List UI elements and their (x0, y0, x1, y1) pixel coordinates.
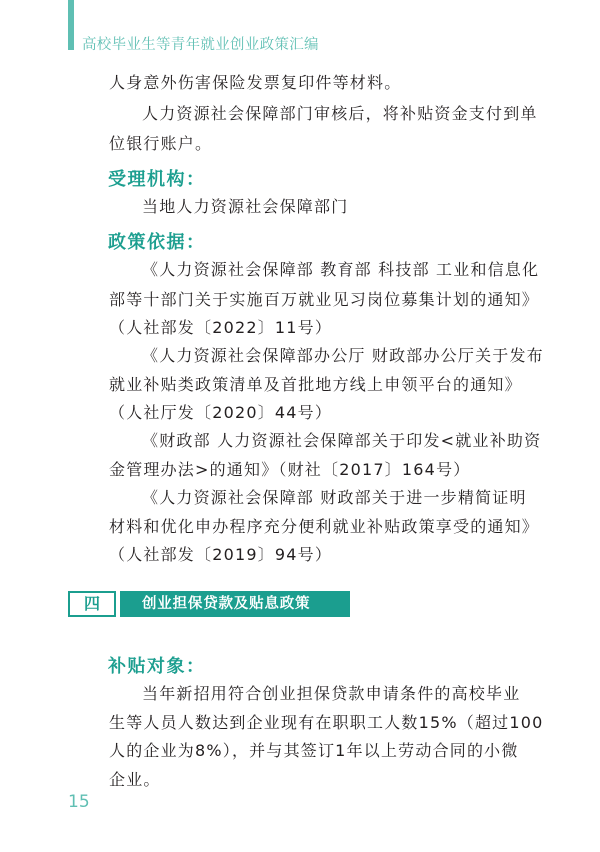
basis-line: （人社部发〔2022〕11号） (109, 318, 332, 338)
body-line: 位银行账户。 (109, 134, 212, 154)
basis-line: 《人力资源社会保障部 财政部关于进一步精简证明 (142, 488, 527, 508)
chapter-banner: 四 创业担保贷款及贴息政策 (68, 591, 340, 617)
header-accent-bar (68, 0, 74, 50)
basis-line: 就业补贴类政策清单及首批地方线上申领平台的通知》 (109, 375, 522, 395)
running-head: 高校毕业生等青年就业创业政策汇编 (82, 33, 319, 54)
basis-line: 材料和优化申办程序充分便利就业补贴政策享受的通知》 (109, 517, 539, 537)
target-line: 当年新招用符合创业担保贷款申请条件的高校毕业 (142, 684, 520, 704)
basis-line: （人社部发〔2019〕94号） (109, 545, 332, 565)
basis-line: 《人力资源社会保障部 教育部 科技部 工业和信息化 (142, 260, 539, 280)
body-line: 人身意外伤害保险发票复印件等材料。 (109, 73, 401, 93)
chapter-title: 创业担保贷款及贴息政策 (120, 591, 350, 617)
basis-line: 《人力资源社会保障部办公厅 财政部办公厅关于发布 (142, 346, 544, 366)
target-line: 企业。 (109, 770, 161, 790)
heading-target: 补贴对象： (108, 652, 206, 678)
basis-line: 部等十部门关于实施百万就业见习岗位募集计划的通知》 (109, 290, 539, 310)
basis-line: 金管理办法>的通知》（财社〔2017〕164号） (109, 460, 470, 480)
chapter-number: 四 (68, 591, 116, 617)
agency-text: 当地人力资源社会保障部门 (142, 197, 348, 217)
target-line: 人的企业为8%），并与其签订1年以上劳动合同的小微 (109, 741, 519, 761)
heading-agency: 受理机构： (108, 165, 206, 191)
target-line: 生等人员人数达到企业现有在职职工人数15%（超过100 (109, 713, 544, 733)
page-number: 15 (68, 792, 90, 812)
basis-line: 《财政部 人力资源社会保障部关于印发<就业补助资 (142, 431, 541, 451)
body-line: 人力资源社会保障部门审核后，将补贴资金支付到单 (142, 104, 538, 124)
basis-line: （人社厅发〔2020〕44号） (109, 403, 332, 423)
heading-basis: 政策依据： (108, 228, 206, 254)
